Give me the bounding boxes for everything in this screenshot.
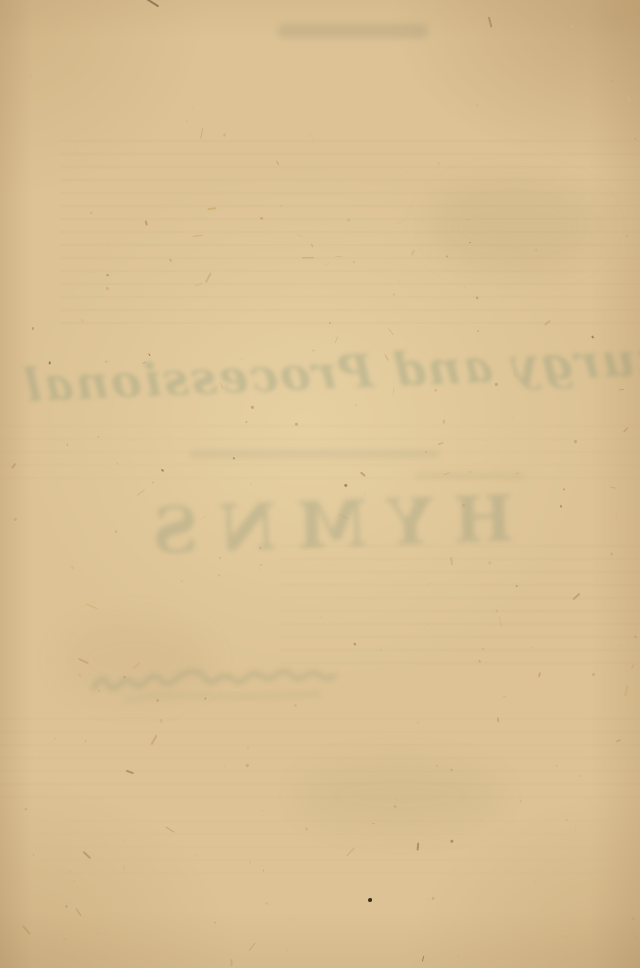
paper-fleck: [353, 260, 355, 262]
paper-fleck: [437, 162, 439, 165]
paper-fleck: [620, 644, 623, 647]
paper-fleck: [295, 423, 298, 426]
paper-fleck: [217, 574, 220, 577]
paper-fleck: [464, 285, 465, 287]
paper-fleck: [632, 934, 638, 941]
paper-fleck: [461, 488, 463, 491]
paper-fleck: [223, 133, 226, 136]
paper-fleck: [186, 119, 188, 122]
paper-fleck: [33, 854, 35, 856]
paper-fleck: [87, 673, 89, 675]
paper-fleck: [255, 148, 256, 150]
ghost-header-smudge: [278, 24, 428, 38]
paper-fleck: [476, 296, 478, 299]
paper-fleck: [338, 513, 348, 519]
bleedthrough-striations-upper: [60, 140, 640, 330]
paper-fleck: [425, 451, 427, 454]
paper-fleck: [616, 513, 617, 519]
paper-fleck: [243, 643, 245, 645]
paper-fleck: [40, 609, 42, 611]
paper-fleck: [106, 274, 109, 277]
paper-fleck: [631, 664, 634, 669]
paper-fleck: [73, 880, 76, 883]
paper-fleck: [82, 851, 90, 859]
paper-fleck: [193, 854, 196, 857]
paper-fleck: [248, 943, 255, 952]
paper-fleck: [206, 461, 208, 463]
paper-fleck: [512, 373, 517, 378]
paper-fleck: [170, 259, 173, 262]
paper-fleck: [262, 870, 264, 872]
paper-fleck: [384, 354, 389, 361]
paper-stain: [60, 620, 210, 700]
paper-fleck: [379, 649, 382, 652]
paper-fleck: [260, 563, 263, 566]
paper-fleck: [294, 704, 298, 708]
paper-fleck: [531, 646, 533, 649]
paper-fleck: [106, 287, 109, 290]
paper-fleck: [395, 798, 397, 800]
book-page-scan: Liturgy and Processional HYMNS: [0, 0, 640, 968]
paper-stain: [430, 180, 600, 270]
paper-fleck: [453, 22, 455, 29]
paper-fleck: [230, 959, 232, 966]
paper-fleck: [117, 462, 118, 465]
paper-fleck: [249, 861, 252, 864]
paper-fleck: [122, 676, 125, 679]
paper-fleck: [469, 470, 472, 473]
paper-fleck: [107, 243, 109, 246]
paper-fleck: [240, 358, 242, 359]
paper-fleck: [48, 361, 51, 365]
paper-fleck: [563, 876, 565, 878]
paper-fleck: [427, 897, 429, 899]
paper-fleck: [395, 220, 405, 226]
paper-fleck: [355, 404, 357, 406]
paper-fleck: [310, 243, 313, 247]
paper-fleck: [126, 769, 134, 773]
paper-fleck: [250, 483, 251, 484]
paper-fleck: [515, 585, 517, 587]
paper-fleck: [28, 74, 32, 78]
paper-fleck: [219, 557, 221, 560]
paper-fleck: [388, 328, 393, 335]
paper-fleck: [572, 593, 580, 600]
paper-fleck: [259, 568, 261, 570]
paper-fleck: [450, 557, 453, 565]
paper-fleck: [479, 818, 482, 821]
paper-fleck: [411, 250, 415, 256]
paper-fleck: [535, 881, 537, 883]
paper-fleck: [66, 443, 68, 446]
paper-fleck: [25, 807, 28, 810]
paper-fleck: [190, 107, 194, 110]
paper-fleck: [200, 515, 207, 519]
paper-fleck: [78, 658, 88, 664]
ghost-subtitle-text: HYMNS: [131, 481, 515, 569]
paper-fleck: [5, 621, 9, 626]
paper-fleck: [559, 504, 562, 507]
paper-fleck: [417, 843, 419, 851]
paper-fleck: [449, 768, 453, 772]
ghost-smudge-line: [190, 450, 440, 458]
bleedthrough-striations-right: [280, 545, 640, 670]
paper-fleck: [354, 643, 357, 646]
paper-fleck: [469, 517, 474, 521]
paper-fleck: [302, 257, 314, 259]
paper-fleck: [326, 261, 331, 266]
paper-fleck: [437, 442, 443, 445]
paper-fleck: [498, 616, 502, 627]
paper-fleck: [574, 824, 576, 833]
paper-fleck: [224, 765, 226, 768]
paper-fleck: [247, 747, 250, 750]
paper-fleck: [417, 721, 420, 724]
paper-fleck: [165, 826, 174, 832]
paper-fleck: [328, 672, 330, 674]
paper-fleck: [562, 423, 564, 425]
paper-fleck: [615, 739, 620, 742]
paper-fleck: [443, 419, 446, 423]
paper-fleck: [574, 439, 577, 443]
paper-fleck: [398, 281, 400, 284]
paper-fleck: [152, 481, 154, 484]
paper-fleck: [265, 903, 268, 905]
paper-fleck: [156, 698, 160, 702]
paper-fleck: [137, 489, 146, 496]
paper-fleck: [148, 353, 150, 356]
paper-fleck: [54, 738, 56, 740]
paper-fleck: [446, 934, 449, 937]
paper-fleck: [503, 696, 506, 698]
paper-fleck: [477, 329, 480, 332]
paper-fleck: [513, 66, 516, 69]
paper-fleck: [259, 547, 262, 550]
paper-fleck: [513, 417, 515, 420]
paper-fleck: [71, 566, 74, 569]
paper-fleck: [141, 361, 145, 364]
paper-stain: [300, 760, 500, 830]
paper-fleck: [65, 904, 68, 907]
paper-fleck: [261, 809, 263, 811]
paper-fleck: [86, 604, 97, 610]
paper-fleck: [467, 219, 470, 221]
paper-fleck: [592, 673, 595, 676]
paper-fleck: [432, 896, 435, 899]
paper-fleck: [634, 635, 637, 638]
paper-fleck: [422, 955, 425, 961]
paper-fleck: [244, 421, 247, 424]
paper-fleck: [180, 580, 182, 582]
paper-fleck: [214, 922, 216, 924]
paper-fleck: [360, 471, 365, 476]
paper-fleck: [204, 697, 206, 700]
paper-fleck: [434, 796, 436, 798]
paper-fleck: [12, 463, 17, 469]
paper-fleck: [344, 483, 348, 487]
bleedthrough-striations-bottom: [40, 820, 610, 880]
paper-fleck: [392, 387, 394, 396]
paper-fleck: [538, 672, 541, 678]
paper-fleck: [75, 151, 77, 154]
paper-fleck: [23, 925, 31, 934]
paper-fleck: [320, 617, 323, 619]
paper-fleck: [497, 717, 499, 722]
paper-fleck: [63, 938, 67, 941]
paper-fleck: [81, 318, 85, 322]
ghost-subtitle-bleedthrough: HYMNS: [117, 481, 529, 570]
paper-fleck: [556, 764, 558, 766]
paper-fleck: [78, 674, 81, 677]
paper-fleck: [195, 283, 203, 287]
bleedthrough-striations-lower: [0, 718, 640, 803]
ghost-smudge-line: [415, 472, 525, 479]
paper-fleck: [335, 256, 342, 258]
paper-fleck: [559, 426, 561, 428]
paper-fleck: [205, 273, 212, 283]
paper-fleck: [634, 138, 637, 140]
paper-fleck: [488, 561, 492, 564]
ghost-author-smudge: [88, 660, 358, 705]
paper-fleck: [392, 293, 395, 296]
paper-fleck: [611, 552, 614, 555]
paper-fleck: [631, 186, 634, 189]
paper-fleck: [208, 207, 217, 210]
paper-fleck: [347, 218, 351, 222]
paper-fleck: [516, 472, 519, 474]
paper-fleck: [489, 16, 493, 27]
paper-fleck: [220, 383, 224, 390]
paper-fleck: [312, 349, 315, 351]
paper-fleck: [486, 47, 489, 50]
paper-fleck: [261, 217, 264, 219]
paper-fleck: [562, 488, 565, 490]
paper-fleck: [570, 25, 573, 28]
paper-fleck: [309, 132, 314, 141]
paper-fleck: [145, 220, 148, 225]
paper-fleck: [527, 378, 530, 381]
paper-fleck: [123, 864, 127, 871]
paper-fleck: [627, 95, 630, 102]
paper-fleck: [71, 633, 73, 635]
paper-fleck: [479, 660, 482, 663]
paper-fleck: [564, 818, 567, 821]
paper-fleck: [76, 908, 82, 916]
paper-fleck: [98, 689, 100, 691]
paper-fleck: [534, 248, 537, 251]
ghost-title-bleedthrough: Liturgy and Processional: [21, 334, 619, 413]
bleedthrough-striations-mid: [0, 425, 640, 485]
paper-fleck: [435, 389, 437, 392]
paper-fleck: [632, 917, 635, 921]
paper-fleck: [501, 300, 503, 302]
paper-fleck: [84, 739, 87, 742]
paper-fleck: [233, 457, 235, 459]
paper-fleck: [286, 963, 288, 965]
paper-fleck: [444, 472, 450, 475]
paper-fleck: [31, 327, 33, 330]
paper-fleck: [611, 195, 613, 197]
paper-fleck: [31, 756, 34, 759]
paper-fleck: [98, 436, 100, 438]
paper-fleck: [218, 709, 220, 711]
paper-fleck: [619, 389, 624, 391]
paper-fleck: [276, 160, 279, 165]
paper-fleck: [408, 830, 411, 832]
paper-fleck: [328, 321, 331, 324]
paper-fleck: [364, 492, 365, 495]
paper-fleck: [356, 120, 358, 122]
paper-fleck: [122, 839, 125, 841]
paper-fleck: [151, 734, 158, 744]
paper-fleck: [250, 406, 254, 410]
paper-fleck: [446, 256, 448, 258]
paper-fleck: [69, 869, 71, 872]
paper-fleck: [193, 234, 203, 236]
paper-fleck: [291, 918, 294, 921]
paper-fleck: [150, 875, 151, 877]
paper-fleck: [450, 839, 454, 843]
paper-fleck: [544, 320, 551, 326]
paper-fleck: [105, 361, 108, 363]
paper-fleck: [457, 954, 459, 956]
paper-fleck: [114, 530, 117, 533]
ink-speck: [368, 898, 372, 902]
paper-fleck: [610, 486, 616, 489]
paper-fleck: [98, 933, 99, 934]
paper-fleck: [468, 242, 470, 244]
paper-fleck: [426, 583, 431, 585]
paper-fleck: [245, 763, 249, 767]
paper-fleck: [624, 685, 628, 696]
paper-fleck: [200, 128, 203, 139]
paper-fleck: [435, 765, 438, 767]
paper-fleck: [335, 336, 339, 343]
paper-fleck: [14, 517, 18, 521]
paper-fleck: [515, 249, 517, 251]
paper-fleck: [456, 677, 458, 679]
paper-fleck: [133, 662, 141, 669]
paper-fleck: [591, 335, 595, 339]
paper-fleck: [280, 205, 282, 207]
ghost-title-text: Liturgy and Processional: [21, 330, 640, 413]
paper-fleck: [161, 469, 164, 472]
paper-fiber: [144, 0, 159, 7]
paper-fleck: [623, 427, 628, 432]
paper-fleck: [540, 609, 543, 612]
paper-fleck: [42, 945, 44, 948]
paper-fleck: [159, 719, 163, 724]
paper-fleck: [519, 800, 521, 802]
paper-fleck: [90, 211, 93, 214]
paper-fleck: [393, 805, 397, 808]
paper-fleck: [462, 503, 465, 507]
paper-fleck: [287, 948, 289, 951]
paper-fleck: [496, 610, 498, 613]
paper-fleck: [346, 847, 355, 856]
paper-fleck: [422, 621, 432, 630]
paper-fleck: [482, 647, 484, 649]
paper-fleck: [495, 383, 499, 387]
paper-fleck: [476, 104, 479, 106]
paper-fleck: [565, 45, 568, 48]
paper-fleck: [295, 234, 303, 237]
paper-fleck: [579, 775, 581, 777]
paper-fleck: [626, 235, 629, 238]
paper-fleck: [565, 935, 567, 937]
paper-fleck: [20, 678, 23, 681]
paper-fleck: [305, 827, 308, 831]
paper-fleck: [405, 172, 407, 174]
paper-fleck: [372, 823, 375, 825]
paper-fleck: [611, 80, 613, 81]
